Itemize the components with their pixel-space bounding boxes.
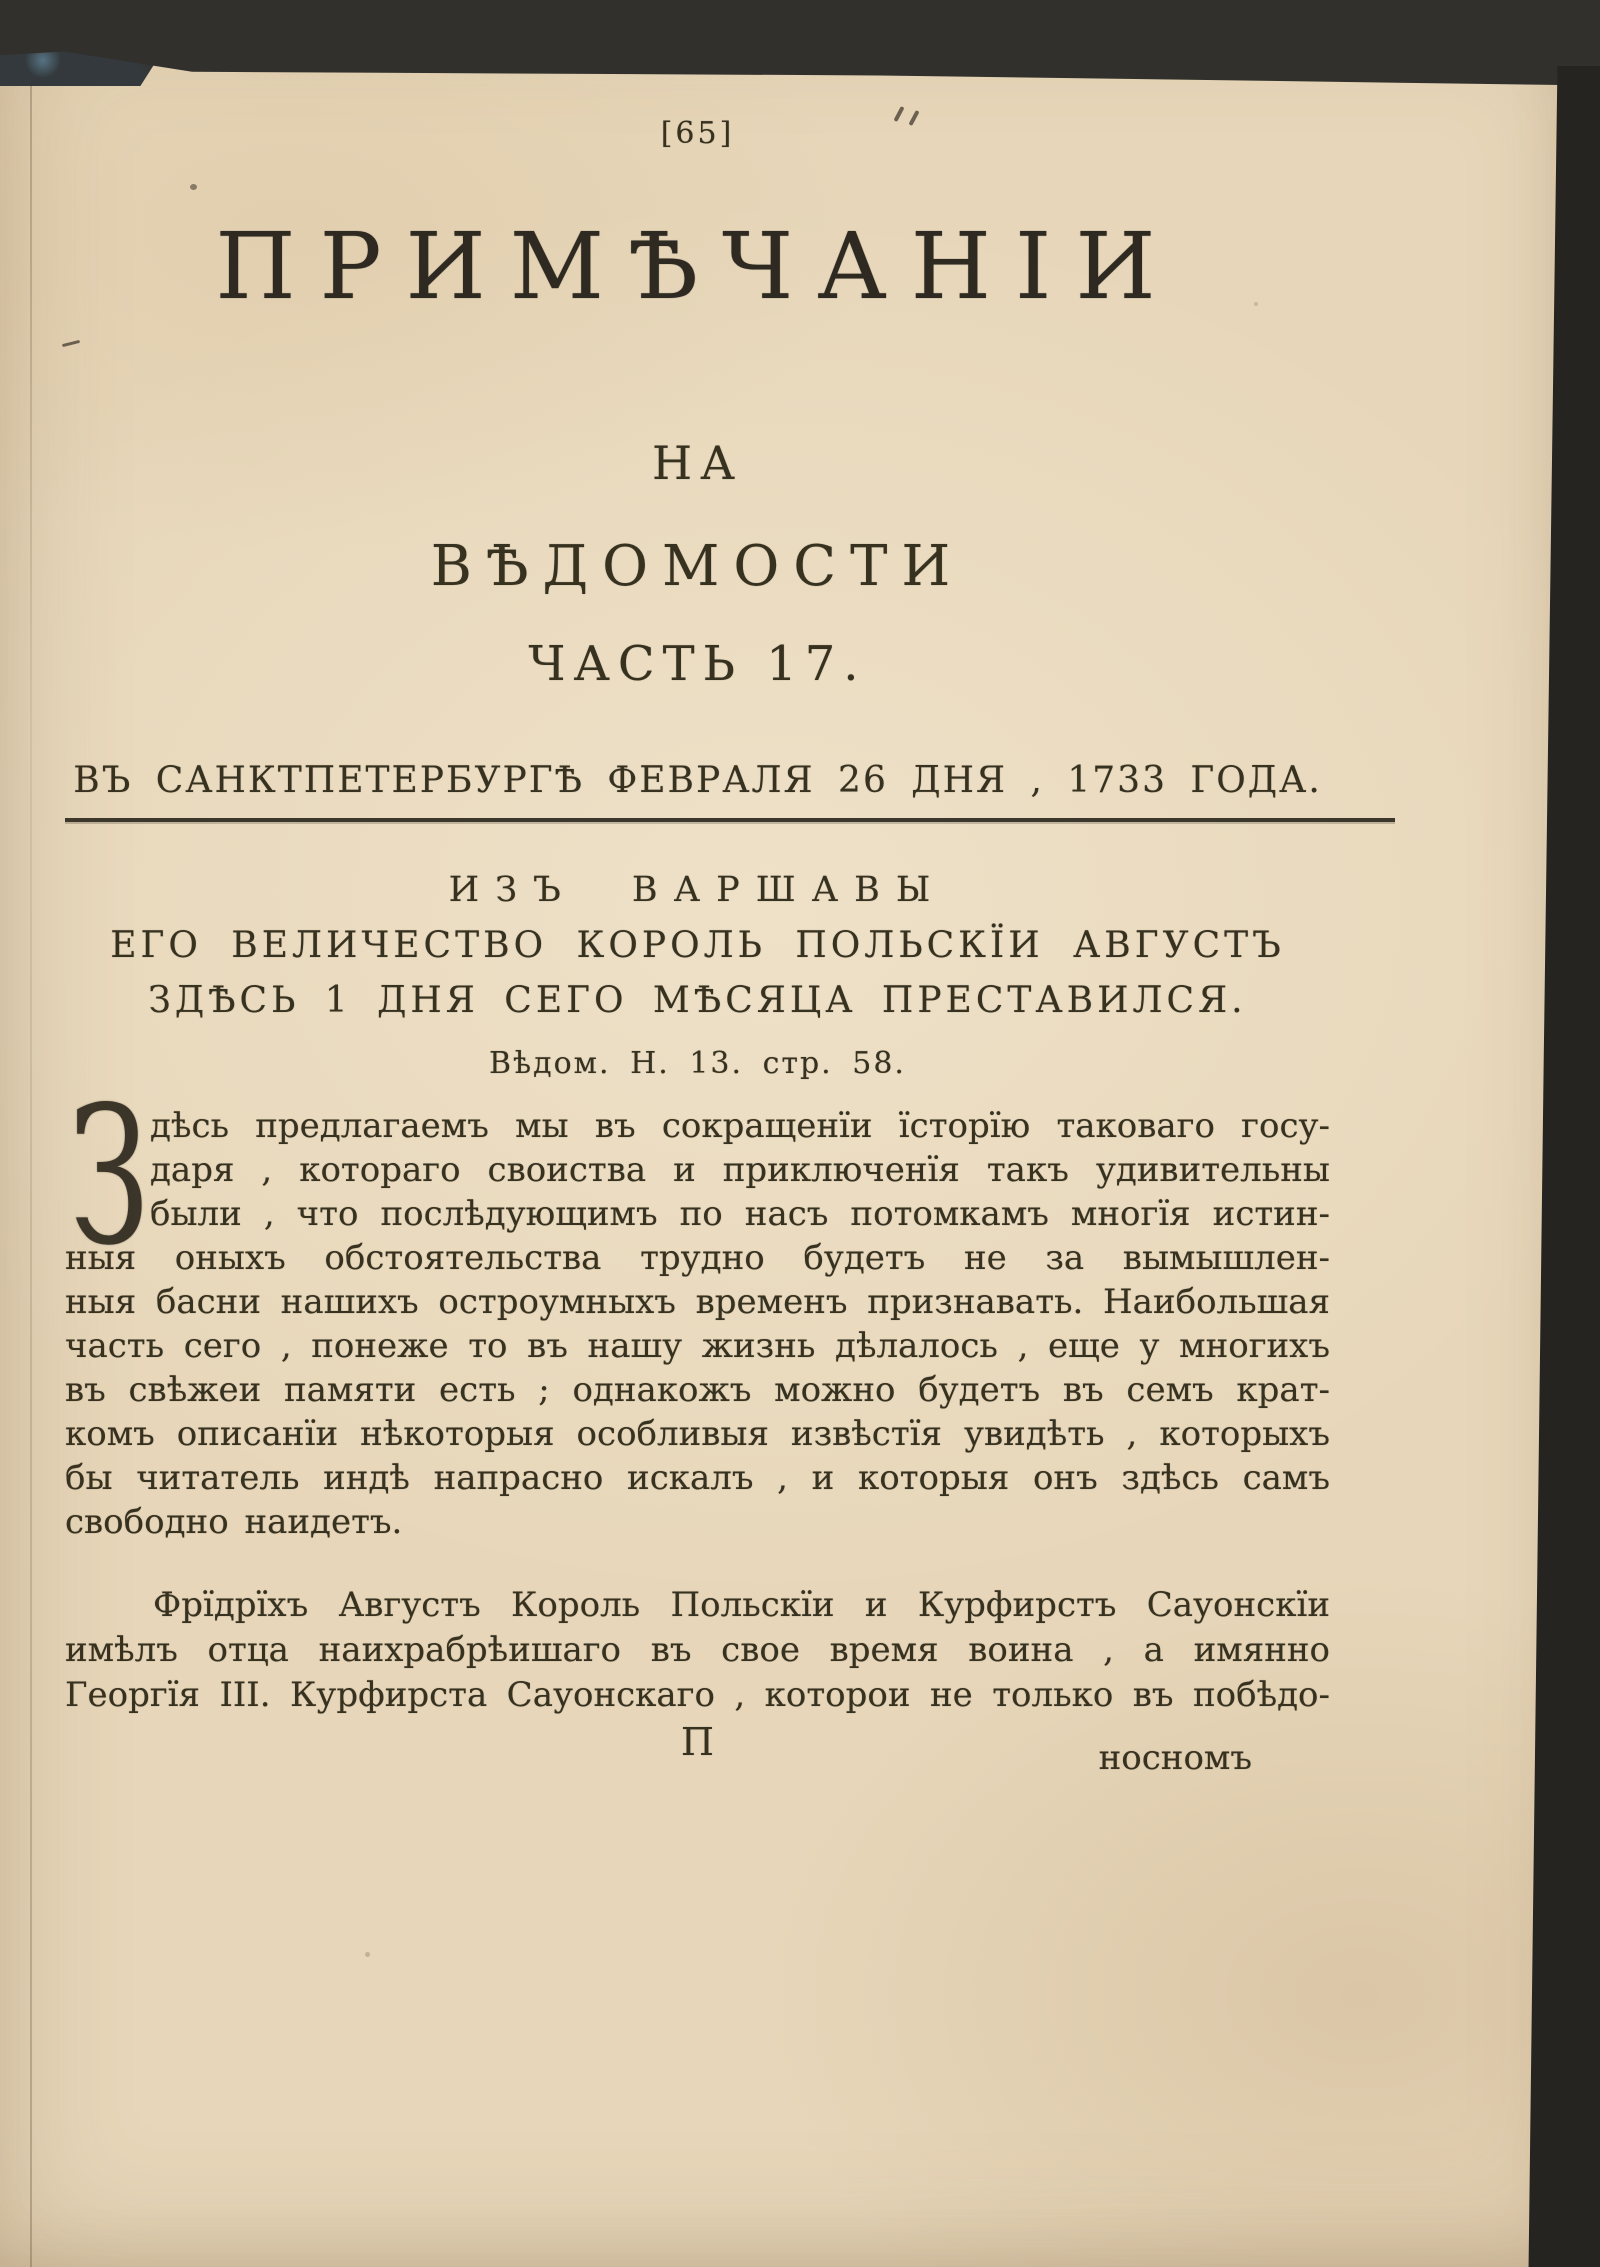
body-line: ныя басни нашихъ остроумныхъ временъ при… [65, 1280, 1330, 1324]
scan-edge-right [1524, 66, 1600, 2267]
body-line: имѣлъ отца наихрабрѣишаго въ свое время … [65, 1628, 1330, 1672]
body-line: бы читатель индѣ напрасно искалъ , и кот… [65, 1456, 1330, 1500]
scanned-page: [65] ПРИМѢЧАНІИ НА ВѢДОМОСТИ ЧАСТЬ 17. В… [0, 0, 1600, 2267]
reference-line: Вѣдом. Н. 13. стр. 58. [65, 1046, 1330, 1081]
masthead-preposition: НА [65, 436, 1330, 490]
body-line: Фрїдрїхъ Августъ Король Польскїи и Курфи… [153, 1583, 1330, 1627]
text-block: [65] ПРИМѢЧАНІИ НА ВѢДОМОСТИ ЧАСТЬ 17. В… [65, 0, 1330, 2267]
dateline: ВЪ САНКТПЕТЕРБУРГѢ ФЕВРАЛЯ 26 ДНЯ , 1733… [65, 760, 1330, 801]
body-line: Георгїя III. Курфирста Сауонскаго , кото… [65, 1673, 1330, 1717]
body-line: комъ описанїи нѣкоторыя особливыя извѣст… [65, 1412, 1330, 1456]
section-heading: ИЗЪ ВАРШАВЫ [65, 870, 1330, 910]
body-line: были , что послѣдующимъ по насъ потомкам… [150, 1192, 1330, 1236]
body-line: ныя оныхъ обстоятельства трудно будетъ н… [65, 1236, 1330, 1280]
body-line: часть сего , понеже то въ нашу жизнь дѣл… [65, 1324, 1330, 1368]
body-line: свободно наидетъ. [65, 1500, 1330, 1544]
announcement-line: ЗДѢСЬ 1 ДНЯ СЕГО МѢСЯЦА ПРЕСТАВИЛСЯ. [65, 980, 1330, 1021]
masthead-part: ЧАСТЬ 17. [65, 636, 1330, 692]
body-line: дѣсь предлагаемъ мы въ сокращенїи їсторї… [150, 1104, 1330, 1148]
masthead-publication: ВѢДОМОСТИ [65, 534, 1330, 599]
divider-rule [65, 818, 1395, 822]
announcement-line: ЕГО ВЕЛИЧЕСТВО КОРОЛЬ ПОЛЬСКЇИ АВГУСТЪ [65, 925, 1330, 966]
body-line: даря , котораго своиства и приключенїя т… [150, 1148, 1330, 1192]
masthead-title: ПРИМѢЧАНІИ [65, 213, 1330, 320]
body-line: въ свѣжеи памяти есть ; однакожъ можно б… [65, 1368, 1330, 1412]
catchword: носномъ [1099, 1738, 1252, 1778]
page-number: [65] [65, 116, 1330, 151]
page-fold-line [30, 72, 32, 2267]
